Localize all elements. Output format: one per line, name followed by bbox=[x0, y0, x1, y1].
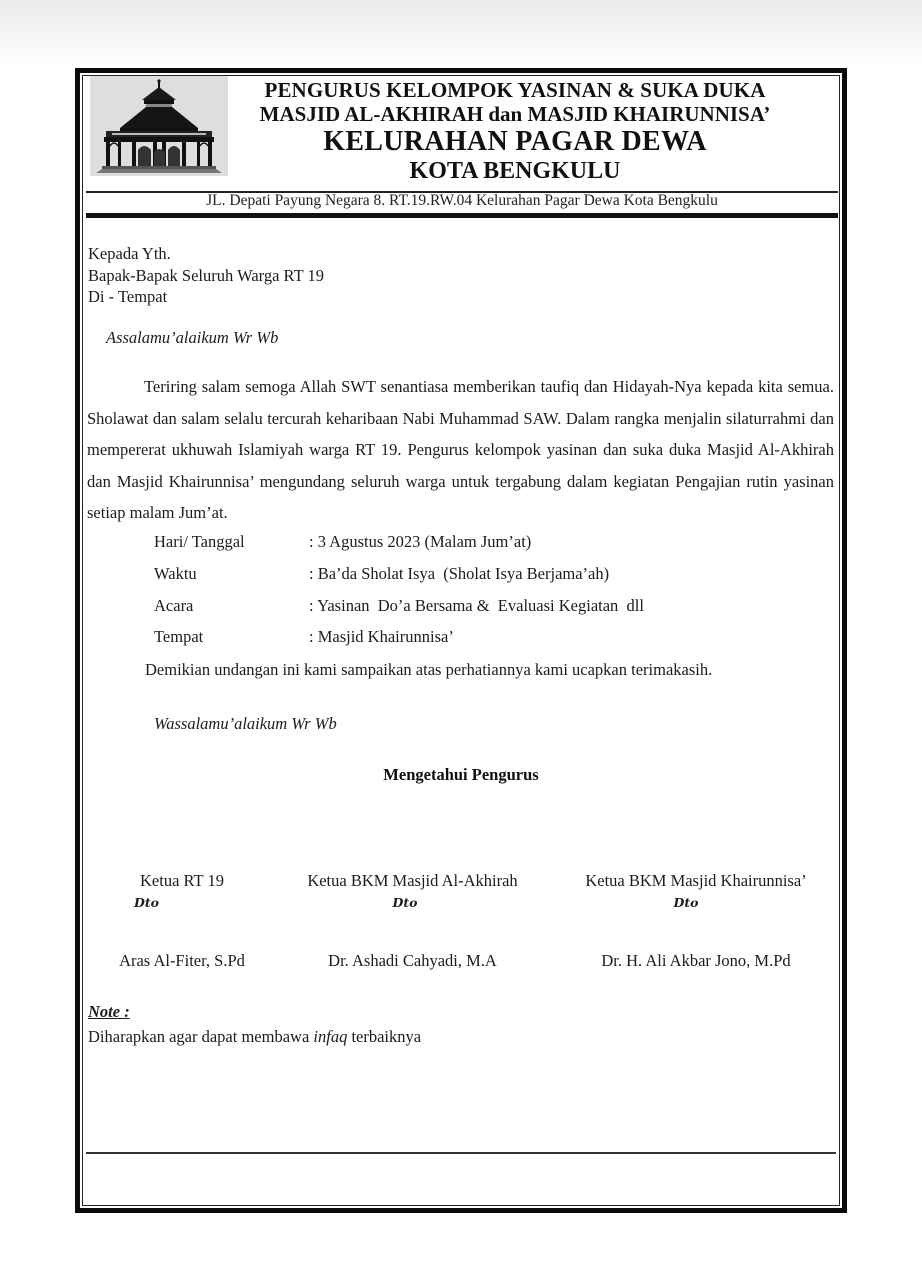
detail-value: : Yasinan Do’a Bersama & Evaluasi Kegiat… bbox=[309, 596, 644, 616]
signature-mark: Dto bbox=[546, 895, 826, 910]
signatory-role: Ketua RT 19 bbox=[112, 871, 252, 891]
body-paragraph: Teriring salam semoga Allah SWT senantia… bbox=[87, 371, 834, 529]
org-city: KOTA BENGKULU bbox=[230, 158, 800, 185]
note-text: Diharapkan agar dapat membawa infaq terb… bbox=[88, 1027, 421, 1047]
acknowledgement-heading: Mengetahui Pengurus bbox=[0, 765, 922, 785]
recipient-block: Kepada Yth. Bapak-Bapak Seluruh Warga RT… bbox=[88, 243, 324, 308]
signatory-name: Aras Al-Fiter, S.Pd bbox=[119, 951, 245, 971]
closing-sentence: Demikian undangan ini kami sampaikan ata… bbox=[145, 660, 712, 680]
detail-row-venue: Tempat: Masjid Khairunnisa’ bbox=[154, 627, 454, 647]
org-name-line1: PENGURUS KELOMPOK YASINAN & SUKA DUKA bbox=[230, 78, 800, 103]
org-name-line2: MASJID AL-AKHIRAH dan MASJID KHAIRUNNISA… bbox=[230, 102, 800, 127]
signatory-role: Ketua BKM Masjid Khairunnisa’ bbox=[566, 871, 826, 891]
detail-value: : Masjid Khairunnisa’ bbox=[309, 627, 454, 647]
detail-label: Acara bbox=[154, 596, 309, 616]
recipient-salutation: Kepada Yth. bbox=[88, 243, 324, 265]
detail-row-event: Acara: Yasinan Do’a Bersama & Evaluasi K… bbox=[154, 596, 644, 616]
signatory-name: Dr. Ashadi Cahyadi, M.A bbox=[328, 951, 497, 971]
note-title: Note : bbox=[88, 1002, 130, 1022]
detail-label: Waktu bbox=[154, 564, 309, 584]
detail-label: Hari/ Tanggal bbox=[154, 532, 309, 552]
opening-greeting: Assalamu’alaikum Wr Wb bbox=[106, 328, 278, 348]
detail-value: : 3 Agustus 2023 (Malam Jum’at) bbox=[309, 532, 531, 552]
detail-row-time: Waktu: Ba’da Sholat Isya (Sholat Isya Be… bbox=[154, 564, 609, 584]
note-text-end: terbaiknya bbox=[347, 1027, 421, 1046]
note-text-emphasis: infaq bbox=[313, 1027, 347, 1046]
letterhead-divider-thick bbox=[86, 213, 838, 218]
org-address: JL. Depati Payung Negara 8. RT.19.RW.04 … bbox=[86, 192, 838, 210]
signatory-rt: Ketua RT 19 Dto Aras Al-Fiter, S.Pd bbox=[112, 871, 252, 910]
signature-mark: Dto bbox=[112, 895, 252, 910]
note-text-start: Diharapkan agar dapat membawa bbox=[88, 1027, 313, 1046]
signatory-bkm-khairunnisa: Ketua BKM Masjid Khairunnisa’ Dto Dr. H.… bbox=[566, 871, 826, 910]
page-background bbox=[0, 0, 922, 70]
signatory-name: Dr. H. Ali Akbar Jono, M.Pd bbox=[601, 951, 790, 971]
recipient-place: Di - Tempat bbox=[88, 286, 324, 308]
closing-greeting: Wassalamu’alaikum Wr Wb bbox=[154, 714, 337, 734]
signatory-role: Ketua BKM Masjid Al-Akhirah bbox=[290, 871, 535, 891]
detail-value: : Ba’da Sholat Isya (Sholat Isya Berjama… bbox=[309, 564, 609, 584]
mosque-icon bbox=[90, 76, 228, 176]
org-district: KELURAHAN PAGAR DEWA bbox=[230, 126, 800, 158]
signatory-bkm-al-akhirah: Ketua BKM Masjid Al-Akhirah Dto Dr. Asha… bbox=[290, 871, 535, 910]
signature-mark: Dto bbox=[275, 895, 535, 910]
recipient-name: Bapak-Bapak Seluruh Warga RT 19 bbox=[88, 265, 324, 287]
footer-divider bbox=[86, 1152, 836, 1154]
detail-row-date: Hari/ Tanggal: 3 Agustus 2023 (Malam Jum… bbox=[154, 532, 531, 552]
detail-label: Tempat bbox=[154, 627, 309, 647]
